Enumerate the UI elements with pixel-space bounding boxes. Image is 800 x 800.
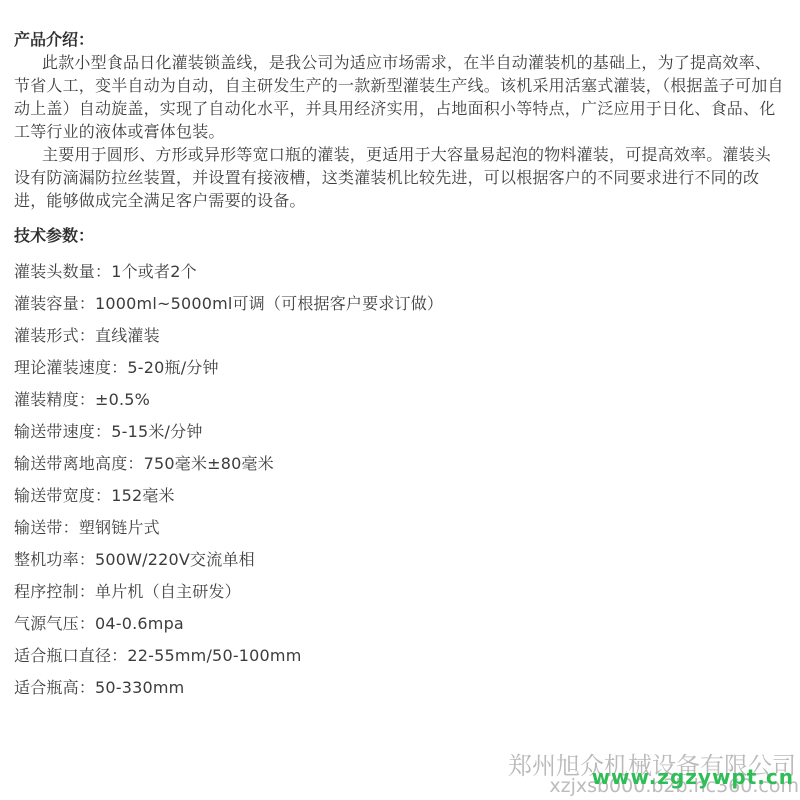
spec-separator: ： <box>79 582 95 601</box>
watermark-url-gray: xzjxsb000.b2b.hc360.com <box>549 775 799 797</box>
spec-label: 输送带 <box>14 518 63 537</box>
intro-paragraph-1: 此款小型食品日化灌装锁盖线，是我公司为适应市场需求，在半自动灌装机的基础上，为了… <box>14 51 784 143</box>
spec-item-conveyor-speed: 输送带速度：5-15米/分钟 <box>14 420 784 443</box>
spec-value: 1个或者2个 <box>111 262 197 281</box>
spec-value: 152毫米 <box>111 486 175 505</box>
spec-value: 直线灌装 <box>95 326 160 345</box>
spec-item-filling-capacity: 灌装容量：1000ml~5000ml可调（可根据客户要求订做） <box>14 292 784 315</box>
spec-separator: ： <box>95 486 111 505</box>
spec-label: 理论灌装速度 <box>14 358 111 377</box>
spec-label: 输送带宽度 <box>14 486 95 505</box>
spec-list: 灌装头数量：1个或者2个 灌装容量：1000ml~5000ml可调（可根据客户要… <box>14 260 784 699</box>
spec-value: 5-20瓶/分钟 <box>127 358 218 377</box>
spec-item-power: 整机功率：500W/220V交流单相 <box>14 548 784 571</box>
spec-separator: ： <box>79 550 95 569</box>
spec-separator: ： <box>79 390 95 409</box>
spec-separator: ： <box>79 326 95 345</box>
spec-item-filling-speed: 理论灌装速度：5-20瓶/分钟 <box>14 356 784 379</box>
spec-separator: ： <box>95 262 111 281</box>
spec-value: 1000ml~5000ml可调（可根据客户要求订做） <box>95 294 443 313</box>
spec-item-bottle-height: 适合瓶高：50-330mm <box>14 676 784 699</box>
spec-item-conveyor-type: 输送带：塑钢链片式 <box>14 516 784 539</box>
spec-item-filling-type: 灌装形式：直线灌装 <box>14 324 784 347</box>
spec-label: 灌装精度 <box>14 390 79 409</box>
spec-item-program-control: 程序控制：单片机（自主研发） <box>14 580 784 603</box>
spec-label: 灌装形式 <box>14 326 79 345</box>
watermark-url-green: www.zgzywpt.cn <box>592 765 794 789</box>
spec-value: 750毫米±80毫米 <box>144 454 274 473</box>
spec-label: 适合瓶高 <box>14 678 79 697</box>
spec-label: 输送带离地高度 <box>14 454 127 473</box>
spec-item-bottle-mouth-diameter: 适合瓶口直径：22-55mm/50-100mm <box>14 644 784 667</box>
spec-label: 灌装容量 <box>14 294 79 313</box>
spec-value: 5-15米/分钟 <box>111 422 202 441</box>
spec-separator: ： <box>79 294 95 313</box>
spec-separator: ： <box>111 358 127 377</box>
spec-value: 04-0.6mpa <box>95 614 184 633</box>
intro-heading: 产品介绍： <box>14 28 784 51</box>
spec-separator: ： <box>79 614 95 633</box>
spec-separator: ： <box>111 646 127 665</box>
spec-value: 22-55mm/50-100mm <box>127 646 301 665</box>
spec-label: 适合瓶口直径 <box>14 646 111 665</box>
spec-label: 气源气压 <box>14 614 79 633</box>
spec-label: 整机功率 <box>14 550 79 569</box>
spec-item-filling-heads: 灌装头数量：1个或者2个 <box>14 260 784 283</box>
spec-separator: ： <box>127 454 143 473</box>
spec-separator: ： <box>63 518 79 537</box>
watermark: 郑州旭众机械设备有限公司 www.zgzywpt.cn xzjxsb000.b2… <box>460 746 800 800</box>
spec-label: 输送带速度 <box>14 422 95 441</box>
intro-paragraph-2: 主要用于圆形、方形或异形等宽口瓶的灌装，更适用于大容量易起泡的物料灌装，可提高效… <box>14 143 784 212</box>
watermark-company-name: 郑州旭众机械设备有限公司 <box>508 746 796 781</box>
product-document: 产品介绍： 此款小型食品日化灌装锁盖线，是我公司为适应市场需求，在半自动灌装机的… <box>0 0 800 699</box>
specs-heading: 技术参数： <box>14 224 784 247</box>
spec-item-filling-accuracy: 灌装精度：±0.5% <box>14 388 784 411</box>
spec-item-conveyor-height: 输送带离地高度：750毫米±80毫米 <box>14 452 784 475</box>
spec-value: 500W/220V交流单相 <box>95 550 255 569</box>
spec-value: 50-330mm <box>95 678 184 697</box>
spec-separator: ： <box>79 678 95 697</box>
spec-value: ±0.5% <box>95 390 150 409</box>
spec-item-air-pressure: 气源气压：04-0.6mpa <box>14 612 784 635</box>
spec-label: 程序控制 <box>14 582 79 601</box>
spec-separator: ： <box>95 422 111 441</box>
spec-label: 灌装头数量 <box>14 262 95 281</box>
spec-item-conveyor-width: 输送带宽度：152毫米 <box>14 484 784 507</box>
spec-value: 单片机（自主研发） <box>95 582 241 601</box>
spec-value: 塑钢链片式 <box>79 518 160 537</box>
